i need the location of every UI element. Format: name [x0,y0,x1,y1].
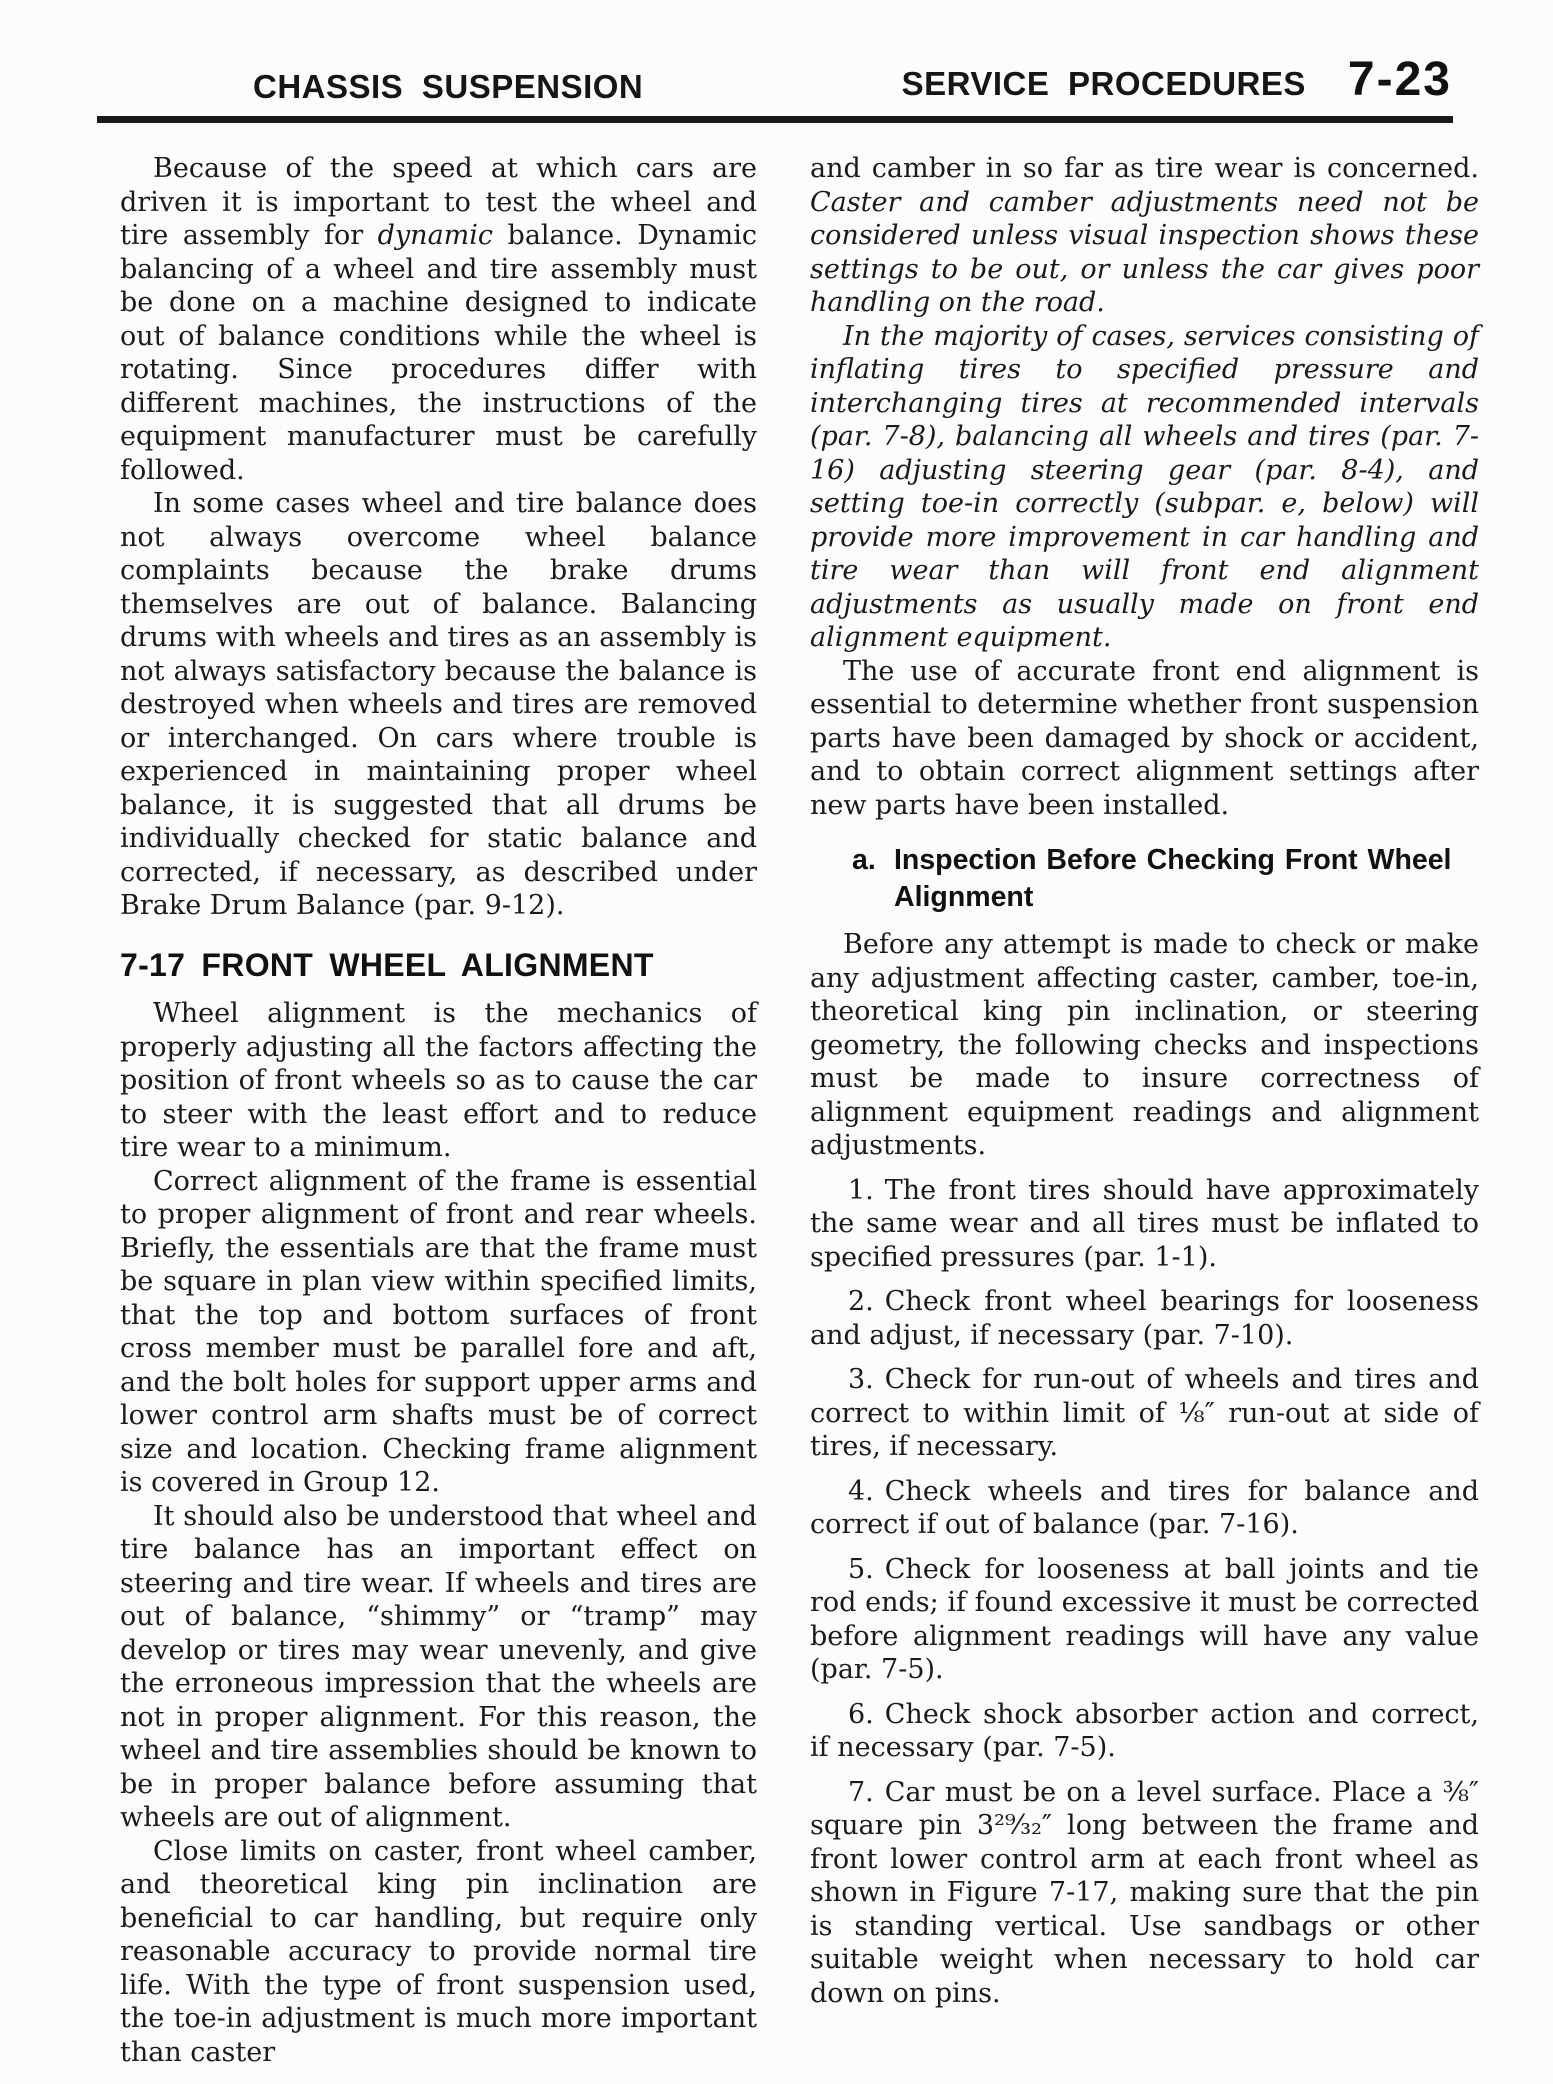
paragraph: It should also be understood that wheel … [120,1500,757,1835]
text-run: Check shock absorber action and correct,… [810,1699,1479,1764]
text-run: It should also be understood that wheel … [120,1501,757,1834]
list-item: 1.The front tires should have approximat… [810,1174,1479,1275]
subsection-label: a. [852,842,894,879]
text-run: balance. Dynamic balancing of a wheel an… [120,220,757,486]
list-item: 4.Check wheels and tires for balance and… [810,1475,1479,1542]
list-item: 2.Check front wheel bearings for loosene… [810,1285,1479,1352]
paragraph: Wheel alignment is the mechanics of prop… [120,997,757,1165]
text-run: Before any attempt is made to check or m… [810,929,1479,1161]
paragraph: Because of the speed at which cars are d… [120,152,757,487]
list-item-number: 5. [848,1554,874,1585]
list-item-number: 6. [848,1699,874,1730]
left-column: Because of the speed at which cars are d… [120,152,757,2069]
text-run: The front tires should have approximatel… [810,1175,1479,1273]
paragraph: and camber in so far as tire wear is con… [810,152,1479,320]
text-run: The use of accurate front end alignment … [810,656,1479,821]
list-item: 3.Check for run-out of wheels and tires … [810,1363,1479,1464]
running-head-right: SERVICE PROCEDURES 7-23 [902,52,1452,107]
text-run: Car must be on a level surface. Place a … [810,1777,1479,2009]
text-run: Close limits on caster, front wheel camb… [120,1836,757,2068]
text-run: Check front wheel bearings for looseness… [810,1286,1479,1351]
paragraph: Correct alignment of the frame is essent… [120,1165,757,1500]
list-item: 6.Check shock absorber action and correc… [810,1698,1479,1765]
list-item-number: 1. [848,1175,874,1206]
text-run: and camber in so far as tire wear is con… [810,153,1479,184]
text-run: In the majority of cases, services consi… [810,321,1479,654]
text-run: dynamic [378,220,493,251]
running-head-right-title: SERVICE PROCEDURES [902,65,1306,103]
text-run: Check wheels and tires for balance and c… [810,1476,1479,1541]
paragraph: Before any attempt is made to check or m… [810,928,1479,1163]
text-run: In some cases wheel and tire balance doe… [120,488,757,921]
text-run: Inspection Before Checking Front Wheel A… [894,844,1451,913]
paragraph: In the majority of cases, services consi… [810,320,1479,655]
list-item-number: 4. [848,1476,874,1507]
list-item: 5.Check for looseness at ball joints and… [810,1553,1479,1687]
manual-page: CHASSIS SUSPENSION SERVICE PROCEDURES 7-… [0,0,1553,2084]
section-heading: 7-17 FRONT WHEEL ALIGNMENT [120,949,757,983]
text-run: Caster and camber adjustments need not b… [810,187,1479,319]
list-item-number: 7. [848,1777,874,1808]
list-item: 7.Car must be on a level surface. Place … [810,1776,1479,2011]
page-number: 7-23 [1348,52,1452,107]
paragraph: In some cases wheel and tire balance doe… [120,487,757,923]
paragraph: Close limits on caster, front wheel camb… [120,1835,757,2070]
list-item-number: 2. [848,1286,874,1317]
right-column: and camber in so far as tire wear is con… [810,152,1479,2010]
running-head-left: CHASSIS SUSPENSION [253,68,643,106]
subsection-heading: a.Inspection Before Checking Front Wheel… [810,842,1479,916]
paragraph: The use of accurate front end alignment … [810,655,1479,823]
text-run: Correct alignment of the frame is essent… [120,1166,757,1499]
text-run: Wheel alignment is the mechanics of prop… [120,998,757,1163]
list-item-number: 3. [848,1364,874,1395]
text-run: Check for looseness at ball joints and t… [810,1554,1479,1686]
header-rule [97,116,1453,123]
text-run: Check for run-out of wheels and tires an… [810,1364,1479,1462]
